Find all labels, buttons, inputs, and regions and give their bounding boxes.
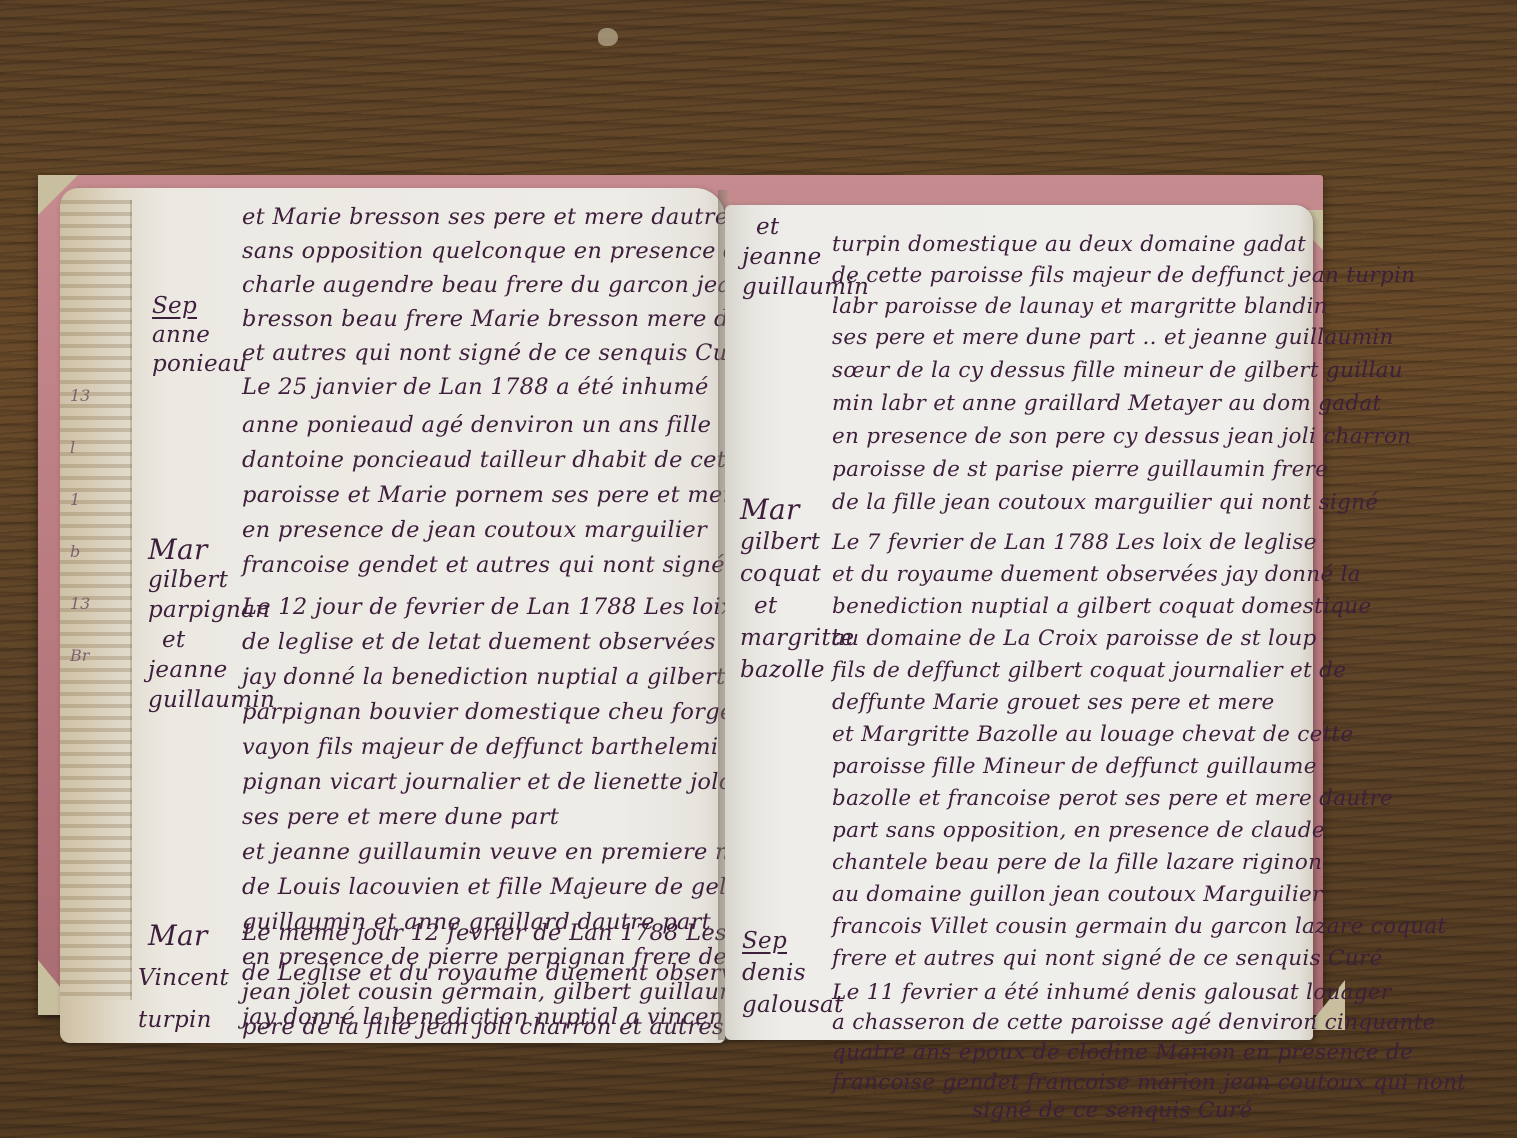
text-line: francoise gendet francoise marion jean c… bbox=[832, 1070, 1466, 1095]
text-line: ses pere et mere dune part bbox=[242, 804, 559, 830]
text-line: deffunte Marie grouet ses pere et mere bbox=[832, 690, 1275, 715]
text-line: de cette paroisse fils majeur de deffunc… bbox=[832, 263, 1415, 288]
text-line: min labr et anne graillard Metayer au do… bbox=[832, 391, 1381, 416]
text-line: frere et autres qui nont signé de ce sen… bbox=[832, 946, 1383, 971]
text-line: turpin domestique au deux domaine gadat bbox=[832, 232, 1306, 257]
text-line: paroisse et Marie pornem ses pere et mer… bbox=[242, 482, 747, 508]
text-line: quatre ans epoux de clodine Marion en pr… bbox=[832, 1040, 1413, 1065]
margin-note-line: galousat bbox=[742, 989, 844, 1021]
text-line: Le 11 fevrier a été inhumé denis galousa… bbox=[832, 980, 1391, 1005]
text-line: et Margritte Bazolle au louage chevat de… bbox=[832, 722, 1354, 747]
edge-mark: l bbox=[70, 422, 110, 474]
text-line: Le meme jour 12 fevrier de Lan 1788 Les … bbox=[242, 920, 776, 946]
margin-note-line: anne bbox=[152, 321, 247, 350]
edge-mark: 1 bbox=[70, 474, 110, 526]
margin-note-line: Vincent bbox=[138, 957, 229, 999]
margin-note-line: ponieau bbox=[152, 350, 247, 379]
text-line: et jeanne guillaumin veuve en premiere n… bbox=[242, 839, 797, 865]
text-line: pignan vicart journalier et de lienette … bbox=[242, 769, 765, 795]
text-line: et Marie bresson ses pere et mere dautre… bbox=[242, 204, 785, 230]
text-line: au domaine guillon jean coutoux Marguili… bbox=[832, 882, 1323, 907]
text-line: dantoine poncieaud tailleur dhabit de ce… bbox=[242, 447, 749, 473]
margin-note-burial-anne: Sep anne ponieau bbox=[152, 292, 247, 379]
margin-note-jeanne-guillaumin: et jeanne guillaumin bbox=[742, 212, 869, 302]
margin-note-line: denis bbox=[742, 957, 844, 989]
edge-mark: b bbox=[70, 526, 110, 578]
text-line: part sans opposition, en presence de cla… bbox=[832, 818, 1325, 843]
text-line: francois Villet cousin germain du garcon… bbox=[832, 914, 1446, 939]
text-line: sans opposition quelconque en presence d… bbox=[242, 238, 752, 264]
text-line: paroisse de st parise pierre guillaumin … bbox=[832, 457, 1328, 482]
text-line: charle augendre beau frere du garcon jea… bbox=[242, 272, 746, 298]
edge-mark: 13 bbox=[70, 578, 110, 630]
text-line: paroisse fille Mineur de deffunct guilla… bbox=[832, 754, 1317, 779]
text-line: parpignan bouvier domestique cheu forge … bbox=[242, 699, 769, 725]
text-line: Le 12 jour de fevrier de Lan 1788 Les lo… bbox=[242, 594, 734, 620]
text-line: vayon fils majeur de deffunct barthelemi… bbox=[242, 734, 765, 760]
text-line: jay donné la benediction nuptial a gilbe… bbox=[242, 664, 725, 690]
text-line: ses pere et mere dune part .. et jeanne … bbox=[832, 325, 1394, 350]
edge-mark: 13 bbox=[70, 370, 110, 422]
text-line: sœur de la cy dessus fille mineur de gil… bbox=[832, 358, 1403, 383]
text-line: benediction nuptial a gilbert coquat dom… bbox=[832, 594, 1371, 619]
text-line: de leglise et de letat duement observées bbox=[242, 629, 716, 655]
text-line: en presence de jean coutoux marguilier bbox=[242, 517, 707, 543]
text-line: au domaine de La Croix paroisse de st lo… bbox=[832, 626, 1317, 651]
edge-mark: Br bbox=[70, 630, 110, 682]
text-line: anne ponieaud agé denviron un ans fille bbox=[242, 412, 711, 438]
text-line: jay donné la benediction nuptial a vince… bbox=[242, 1004, 733, 1030]
text-line: de Leglise et du royaume duement observé… bbox=[242, 960, 773, 986]
margin-note-burial-denis: Sep denis galousat bbox=[742, 925, 844, 1021]
table-blemish bbox=[598, 28, 618, 46]
margin-note-header: Sep bbox=[742, 925, 844, 957]
text-line: a chasseron de cette paroisse agé denvir… bbox=[832, 1010, 1436, 1035]
text-line: de Louis lacouvien et fille Majeure de g… bbox=[242, 874, 775, 900]
text-line: bazolle et francoise perot ses pere et m… bbox=[832, 786, 1393, 811]
margin-note-header: Mar bbox=[138, 915, 229, 957]
text-line: et du royaume duement observées jay donn… bbox=[832, 562, 1361, 587]
text-line: Le 25 janvier de Lan 1788 a été inhumé bbox=[242, 374, 709, 400]
text-line: labr paroisse de launay et margritte bla… bbox=[832, 294, 1328, 319]
margin-note-header: Sep bbox=[152, 292, 247, 321]
text-line: en presence de son pere cy dessus jean j… bbox=[832, 424, 1411, 449]
margin-note-marriage-turpin: Mar Vincent turpin bbox=[138, 915, 229, 1041]
text-line: chantele beau pere de la fille lazare ri… bbox=[832, 850, 1322, 875]
text-line: de la fille jean coutoux marguilier qui … bbox=[832, 490, 1378, 515]
edge-marks: 13 l 1 b 13 Br bbox=[70, 370, 110, 890]
text-line: Le 7 fevrier de Lan 1788 Les loix de leg… bbox=[832, 530, 1317, 555]
text-line: fils de deffunct gilbert coquat journali… bbox=[832, 658, 1346, 683]
text-line: et autres qui nont signé de ce senquis C… bbox=[242, 340, 752, 366]
text-line: signé de ce senquis Curé bbox=[972, 1098, 1252, 1123]
margin-note-line: turpin bbox=[138, 999, 229, 1041]
